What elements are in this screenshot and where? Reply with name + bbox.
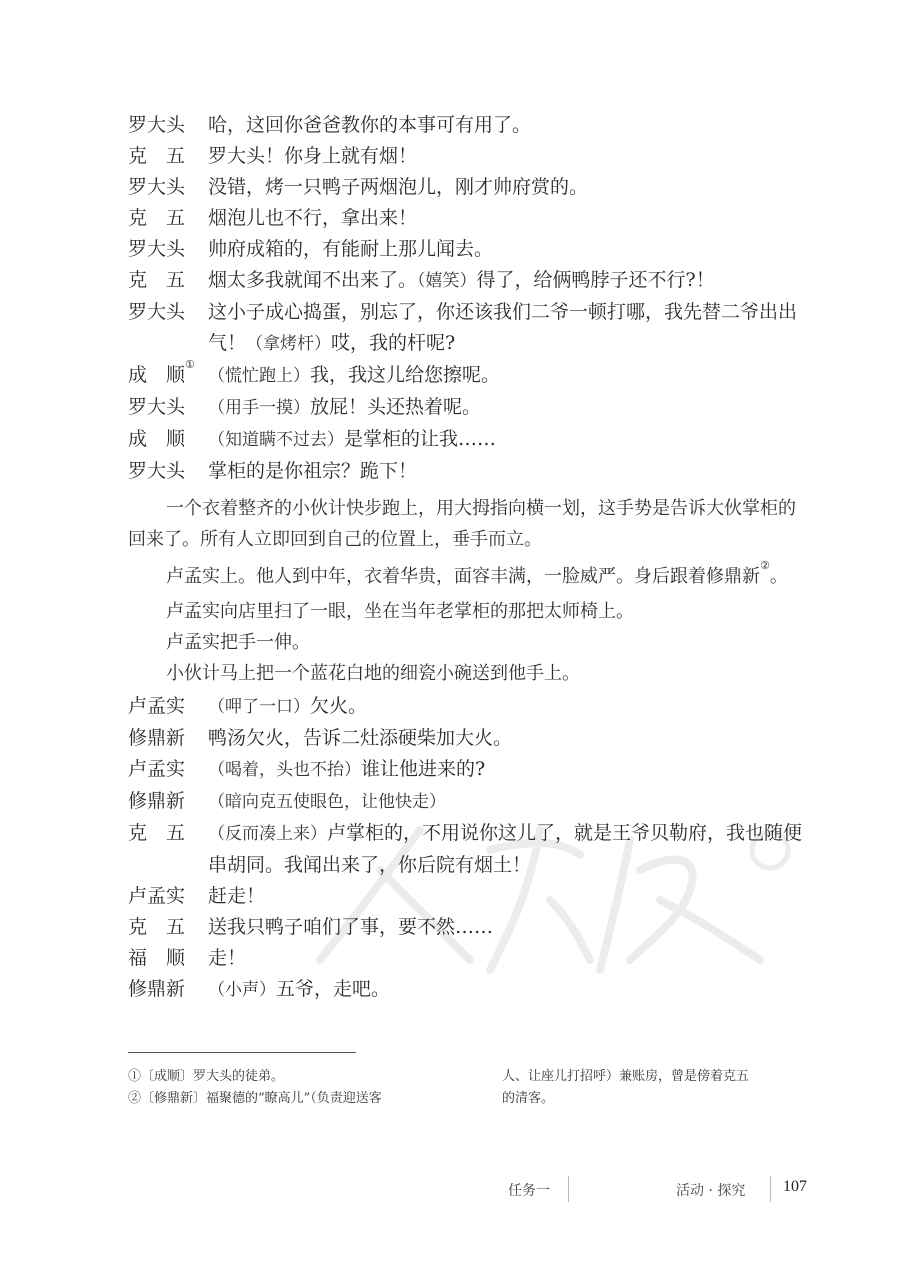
stage-direction: （小声） [208,980,276,1000]
speech-text-before: 烟太多我就闻不出来了。 [208,269,417,291]
speech-text: 烟太多我就闻不出来了。（嬉笑）得了，给俩鸭脖子还不行?！ [208,265,810,297]
speech-text: （知道瞒不过去）是掌柜的让我…… [208,424,810,456]
speaker-name: 罗大头 [128,456,208,487]
speaker-name: 克 五 [128,203,208,234]
speech-text: （喝着，头也不抬）谁让他进来的? [208,754,810,786]
speech-text: 掌柜的是你祖宗？跪下！ [208,456,810,487]
speaker-name: 卢孟实 [128,691,208,723]
speaker-name: 克 五 [128,818,208,881]
footer-divider [568,1176,569,1202]
stage-direction: （拿烤杆） [246,334,331,354]
dialogue-line: 罗大头 这小子成心捣蛋，别忘了，你还该我们二爷一顿打哪，我先替二爷出出气！（拿烤… [128,297,810,360]
footnote-marker[interactable]: ② [760,559,770,572]
textbook-page: 罗大头 哈，这回你爸爸教你的本事可有用了。 克 五 罗大头！你身上就有烟！ 罗大… [0,0,904,1264]
speech-text: 罗大头！你身上就有烟！ [208,141,810,172]
footer-task-label: 任务一 [508,1180,550,1200]
speaker-name: 罗大头 [128,297,208,360]
dialogue-line: 成 顺① （慌忙跑上）我，我这儿给您擦呢。 [128,360,810,392]
dialogue-line: 卢孟实 赶走！ [128,881,810,912]
speaker-name: 修鼎新 [128,723,208,754]
dialogue-line: 福 顺 走！ [128,943,810,974]
dialogue-line: 罗大头 没错，烤一只鸭子两烟泡儿，刚才帅府赏的。 [128,172,810,203]
dialogue-line: 罗大头 掌柜的是你祖宗？跪下！ [128,456,810,487]
speaker-name: 成 顺① [128,360,208,392]
speech-text: （反而凑上来）卢掌柜的，不用说你这儿了，就是王爷贝勒府，我也随便串胡同。我闻出来… [208,818,810,881]
speech-text-after: 是掌柜的让我…… [344,428,496,450]
speaker-name: 修鼎新 [128,974,208,1006]
footnote-1: ①〔成顺〕罗大头的徒弟。 [128,1066,502,1088]
speaker-name: 卢孟实 [128,881,208,912]
speaker-name: 福 顺 [128,943,208,974]
speech-text: 帅府成箱的，有能耐上那儿闻去。 [208,234,810,265]
stage-direction-paragraph: 卢孟实把手一伸。 [128,627,810,658]
speech-text-after: 我，我这儿给您擦呢。 [310,364,500,386]
stage-direction: （呷了一口） [208,697,310,717]
dialogue-line: 罗大头 帅府成箱的，有能耐上那儿闻去。 [128,234,810,265]
dialogue-line: 克 五 烟泡儿也不行，拿出来！ [128,203,810,234]
dialogue-line: 修鼎新 鸭汤欠火，告诉二灶添硬柴加大火。 [128,723,810,754]
stage-direction: （喝着，头也不抬） [208,760,361,780]
speech-text: （呷了一口）欠火。 [208,691,810,723]
stage-direction-paragraph: 卢孟实向店里扫了一眼，坐在当年老掌柜的那把太师椅上。 [128,596,810,627]
footnotes: ①〔成顺〕罗大头的徒弟。 ②〔修鼎新〕福聚德的“瞭高儿”（负责迎送客 人、让座儿… [128,1066,810,1110]
stage-direction-paragraph: 卢孟实上。他人到中年，衣着华贵，面容丰满，一脸威严。身后跟着修鼎新②。 [128,561,810,592]
script-content: 罗大头 哈，这回你爸爸教你的本事可有用了。 克 五 罗大头！你身上就有烟！ 罗大… [128,110,810,1006]
dialogue-line: 罗大头 哈，这回你爸爸教你的本事可有用了。 [128,110,810,141]
speech-text: 没错，烤一只鸭子两烟泡儿，刚才帅府赏的。 [208,172,810,203]
speech-text: （小声）五爷，走吧。 [208,974,810,1006]
stage-direction: （暗向克五使眼色，让他快走） [208,792,446,812]
stage-direction: （用手一摸） [208,398,310,418]
speech-text: 走！ [208,943,810,974]
speech-text: 烟泡儿也不行，拿出来！ [208,203,810,234]
footnote-divider [128,1052,356,1053]
speech-text: （用手一摸）放屁！头还热着呢。 [208,392,810,424]
speech-text-after: 放屁！头还热着呢。 [310,396,481,418]
speaker-name: 卢孟实 [128,754,208,786]
dialogue-line: 卢孟实 （喝着，头也不抬）谁让他进来的? [128,754,810,786]
dialogue-line: 克 五 （反而凑上来）卢掌柜的，不用说你这儿了，就是王爷贝勒府，我也随便串胡同。… [128,818,810,881]
speech-text: 送我只鸭子咱们了事，要不然…… [208,912,810,943]
footnote-2-continued: 人、让座儿打招呼）兼账房，曾是傍着克五 [502,1066,810,1088]
speech-text: 这小子成心捣蛋，别忘了，你还该我们二爷一顿打哪，我先替二爷出出气！（拿烤杆）哎，… [208,297,810,360]
speech-text-after: 欠火。 [310,695,367,717]
stage-direction: （知道瞒不过去） [208,430,344,450]
speech-text-after: 五爷，走吧。 [276,978,390,1000]
footnote-2: ②〔修鼎新〕福聚德的“瞭高儿”（负责迎送客 [128,1088,502,1110]
dialogue-line: 卢孟实 （呷了一口）欠火。 [128,691,810,723]
stage-direction-paragraph: 一个衣着整齐的小伙计快步跑上，用大拇指向横一划，这手势是告诉大伙掌柜的回来了。所… [128,493,810,555]
dialogue-line: 成 顺 （知道瞒不过去）是掌柜的让我…… [128,424,810,456]
footnote-2-continued: 的清客。 [502,1088,810,1110]
speech-text: （暗向克五使眼色，让他快走） [208,786,810,818]
speaker-name: 罗大头 [128,110,208,141]
speech-text-after: 谁让他进来的? [361,758,485,780]
speaker-name: 克 五 [128,912,208,943]
speech-text: （慌忙跑上）我，我这儿给您擦呢。 [208,360,810,392]
speaker-name: 克 五 [128,141,208,172]
speaker-name: 成 顺 [128,424,208,456]
dialogue-line: 克 五 送我只鸭子咱们了事，要不然…… [128,912,810,943]
stage-direction: （嬉笑） [417,271,477,291]
footnotes-right-column: 人、让座儿打招呼）兼账房，曾是傍着克五 的清客。 [502,1066,810,1110]
speaker-name: 修鼎新 [128,786,208,818]
speech-text-after: 哎，我的杆呢? [331,332,455,354]
stage-text-before: 卢孟实上。他人到中年，衣着华贵，面容丰满，一脸威严。身后跟着修鼎新 [166,566,760,587]
footer-divider [770,1176,771,1202]
dialogue-line: 克 五 罗大头！你身上就有烟！ [128,141,810,172]
dialogue-line: 克 五 烟太多我就闻不出来了。（嬉笑）得了，给俩鸭脖子还不行?！ [128,265,810,297]
dialogue-line: 修鼎新 （暗向克五使眼色，让他快走） [128,786,810,818]
speaker-label: 成 顺 [128,364,185,386]
dialogue-line: 修鼎新 （小声）五爷，走吧。 [128,974,810,1006]
speech-text: 赶走！ [208,881,810,912]
footnote-marker[interactable]: ① [185,358,195,371]
footnotes-left-column: ①〔成顺〕罗大头的徒弟。 ②〔修鼎新〕福聚德的“瞭高儿”（负责迎送客 [128,1066,502,1110]
footer-section-label: 活动 · 探究 [676,1180,745,1200]
stage-direction-paragraph: 小伙计马上把一个蓝花白地的细瓷小碗送到他手上。 [128,658,810,689]
speaker-name: 罗大头 [128,172,208,203]
stage-direction: （反而凑上来） [208,824,327,844]
stage-text-after: 。 [770,566,788,587]
dialogue-line: 罗大头 （用手一摸）放屁！头还热着呢。 [128,392,810,424]
page-number: 107 [783,1178,807,1196]
speech-text: 哈，这回你爸爸教你的本事可有用了。 [208,110,810,141]
stage-direction: （慌忙跑上） [208,366,310,386]
speaker-name: 罗大头 [128,392,208,424]
page-footer: 任务一 活动 · 探究 107 [0,1176,904,1206]
speech-text: 鸭汤欠火，告诉二灶添硬柴加大火。 [208,723,810,754]
speaker-name: 罗大头 [128,234,208,265]
speech-text-after: 得了，给俩鸭脖子还不行?！ [477,269,715,291]
speaker-name: 克 五 [128,265,208,297]
